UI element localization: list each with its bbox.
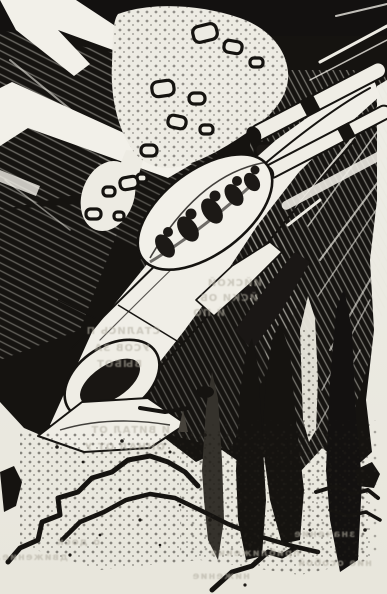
bleed-fragment: ОННАЛ ОТ У: [84, 442, 165, 453]
bleed-fragment: движение.: [0, 552, 68, 563]
bleed-fragment: значение: [293, 529, 355, 540]
bleed-fragment: нижение: [192, 571, 250, 582]
illustration-scan: ИЙСКОЙ ЙСКИ ОБ Й ПО СТАЛИСЬ П УСОВ ЗА ВЫ…: [0, 0, 387, 594]
bleed-fragment: приближения: [210, 547, 300, 559]
bleed-fragment: Й ПО: [192, 306, 225, 319]
bleed-fragment: о доск: [56, 537, 100, 548]
bleed-fragment: УСОВ ЗА: [94, 343, 151, 354]
bleed-fragment: ЙСКИ ОБ: [199, 291, 258, 304]
bleed-fragment: ВЫБОТ: [96, 359, 142, 370]
illustration-canvas: ИЙСКОЙ ЙСКИ ОБ Й ПО СТАЛИСЬ П УСОВ ЗА ВЫ…: [0, 0, 387, 594]
bleed-fragment: И ВИТАЛ ОТ: [90, 425, 170, 436]
bleed-fragment: ние особой: [297, 557, 372, 569]
bleed-fragment: ИЙСКОЙ: [207, 276, 262, 289]
bleed-fragment: СТАЛИСЬ П: [86, 326, 160, 337]
